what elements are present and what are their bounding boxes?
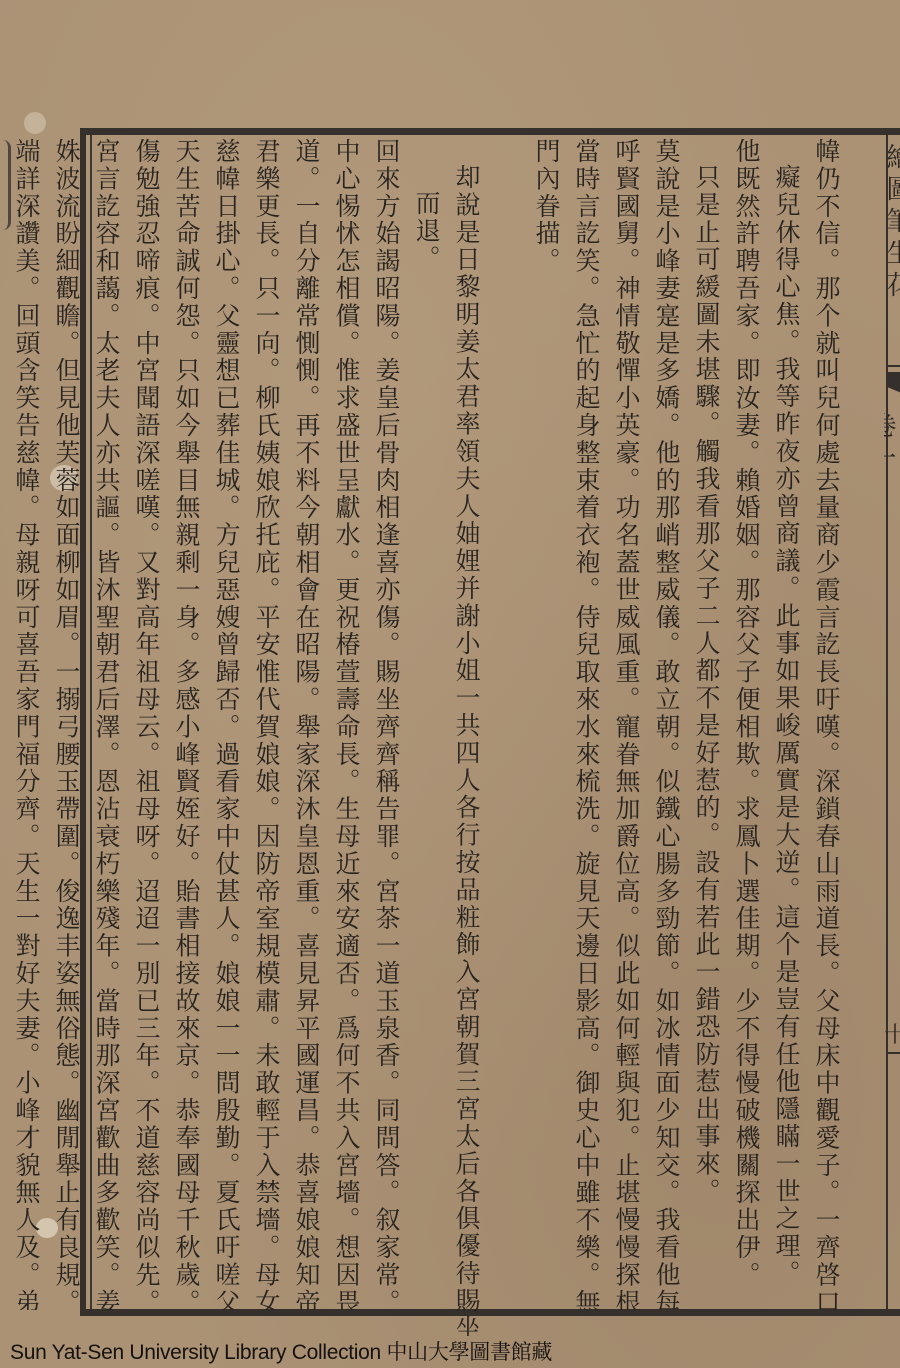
text-column: 當時言訖笑。急忙的起身整束着衣袍。侍兒取來水來梳洗。旋見天邊日影高。御史心中雖不… xyxy=(566,138,606,1310)
text-column: 君樂更長。只一向。柳氏姨娘欣托庇。平安惟代賀娘娘。因防帝室規模肅。未敢輕于入禁墻… xyxy=(246,138,286,1310)
book-title: 繪圖筆生花 xyxy=(888,143,900,303)
text-column: 中心惕怵怎相償。惟求盛世呈獻水。更祝椿萱壽命長。生母近來安適否。爲何不共入宮墻。… xyxy=(326,138,366,1310)
text-column: 幃仍不信。那个就叫兒何處去量商少霞言訖長吁嘆。深鎖春山雨道長。父母床中觀愛子。一… xyxy=(806,138,846,1310)
text-columns: 幃仍不信。那个就叫兒何處去量商少霞言訖長吁嘆。深鎖春山雨道長。父母床中觀愛子。一… xyxy=(0,138,846,1310)
text-column: 只是止可緩圖未堪驟。觸我看那父子二人都不是好惹的。設有若此一錯恐防惹出事來。 xyxy=(686,138,726,1336)
text-column: 而退。 xyxy=(406,138,446,1362)
paper-damage-spot xyxy=(24,112,46,134)
banxin-rule xyxy=(888,365,900,367)
text-column: 道。一自分離常惻惻。再不料今朝相會在昭陽。舉家深沐皇恩重。喜見昇平國運昌。恭喜娘… xyxy=(286,138,326,1310)
text-column: 宮言訖容和藹。太老夫人亦共謳。皆沐聖朝君后澤。恩沾衰朽樂殘年。當時那深宮歡曲多歡… xyxy=(86,138,126,1310)
banxin-center-strip: 繪圖筆生花 xyxy=(888,135,900,1309)
text-column: 天生苦命誠何怨。只如今舉目無親剩一身。多感小峰賢姪好。貽書相接故來京。恭奉國母千… xyxy=(166,138,206,1310)
text-column: 端詳深讚美。回頭含笑告慈幃。母親呀可喜吾家門福分齊。天生一對好夫妻。小峰才貌無人… xyxy=(6,138,46,1310)
text-column: 他既然許聘吾家。即汝妻。賴婚姻。那容父子便相欺。求鳳卜選佳期。少不得慢破機關探出… xyxy=(726,138,766,1310)
library-collection-caption: Sun Yat-Sen University Library Collectio… xyxy=(10,1336,552,1364)
banxin-rule xyxy=(888,1052,900,1054)
text-column: 却說是日黎明姜太君率領夫人妯娌并謝小姐一共四人各行按品粧飾入宮朝賀三宮太后各俱優… xyxy=(446,138,486,1336)
text-column: 門內眷描。 xyxy=(526,138,566,1310)
text-column: 回來方始謁昭陽。姜皇后骨肉相逢喜亦傷。賜坐齊齊稱告罪。宮茶一道玉泉香。同問答。叙… xyxy=(366,138,406,1310)
text-column: 呼賢國舅。神情敬憚小英豪。功名蓋世威風重。寵眷無加爵位高。似此如何輕與犯。止堪慢… xyxy=(606,138,646,1310)
text-column: 姝波流盼細觀瞻。但見他芙蓉如面柳如眉。一搦弓腰玉帶圍。俊逸丰姿無俗態。幽閒舉止有… xyxy=(46,138,86,1310)
text-column: 莫說是小峰妻寔是多嬌。他的那峭整威儀。敢立朝。似鐵心腸多勁節。如冰情面少知交。我… xyxy=(646,138,686,1310)
text-column: 慈幃日掛心。父靈想已葬佳城。方兒惡嫂曾歸否。過看家中仗甚人。娘娘一一問殷勤。夏氏… xyxy=(206,138,246,1310)
scanned-book-page: 幃仍不信。那个就叫兒何處去量商少霞言訖長吁嘆。深鎖春山雨道長。父母床中觀愛子。一… xyxy=(0,0,900,1368)
text-column: 傷勉強忍啼痕。中宮聞語深嗟嘆。又對高年祖母云。祖母呀。迢迢一別已三年。不道慈容尚… xyxy=(126,138,166,1310)
volume-label: 卷一 xyxy=(884,412,900,476)
page-number-char: 十 xyxy=(884,1018,900,1049)
text-column xyxy=(486,138,526,1310)
text-column: 癡兒休得心焦。我等昨夜亦曾商議。此事如果峻厲實是大逆。這个是豈有任他隱瞞一世之理… xyxy=(766,138,806,1336)
main-text-block: 幃仍不信。那个就叫兒何處去量商少霞言訖長吁嘆。深鎖春山雨道長。父母床中觀愛子。一… xyxy=(94,138,846,1310)
